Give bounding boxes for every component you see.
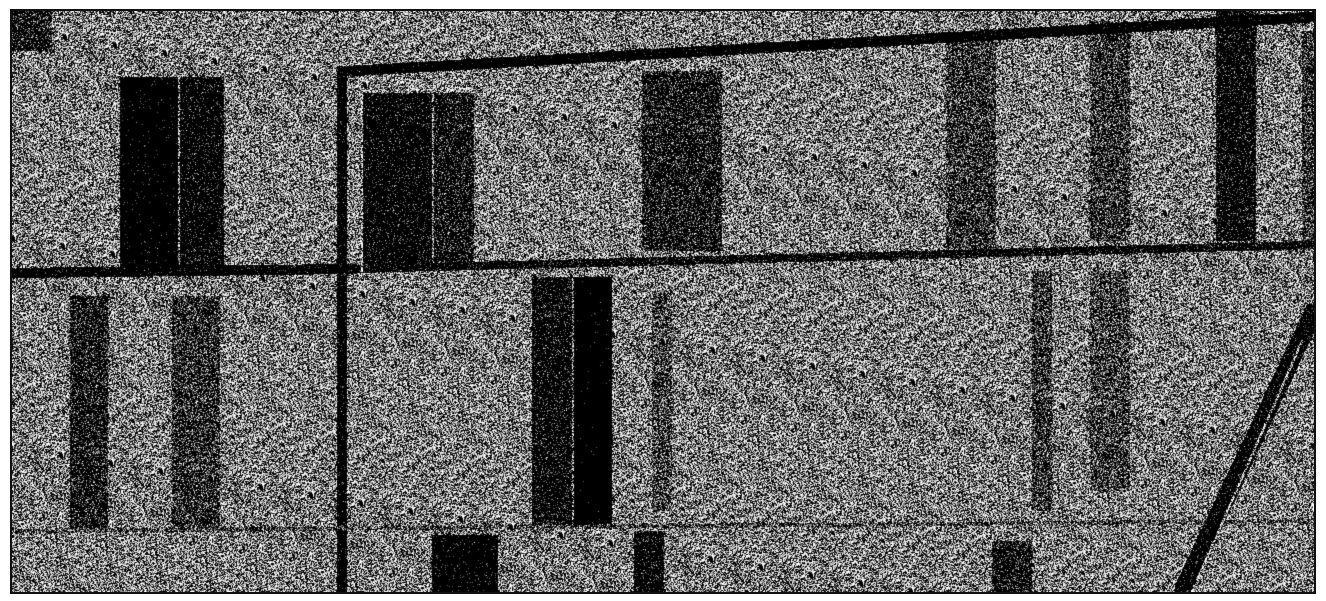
sar-image-frame bbox=[10, 9, 1316, 594]
sar-image bbox=[12, 11, 1314, 592]
